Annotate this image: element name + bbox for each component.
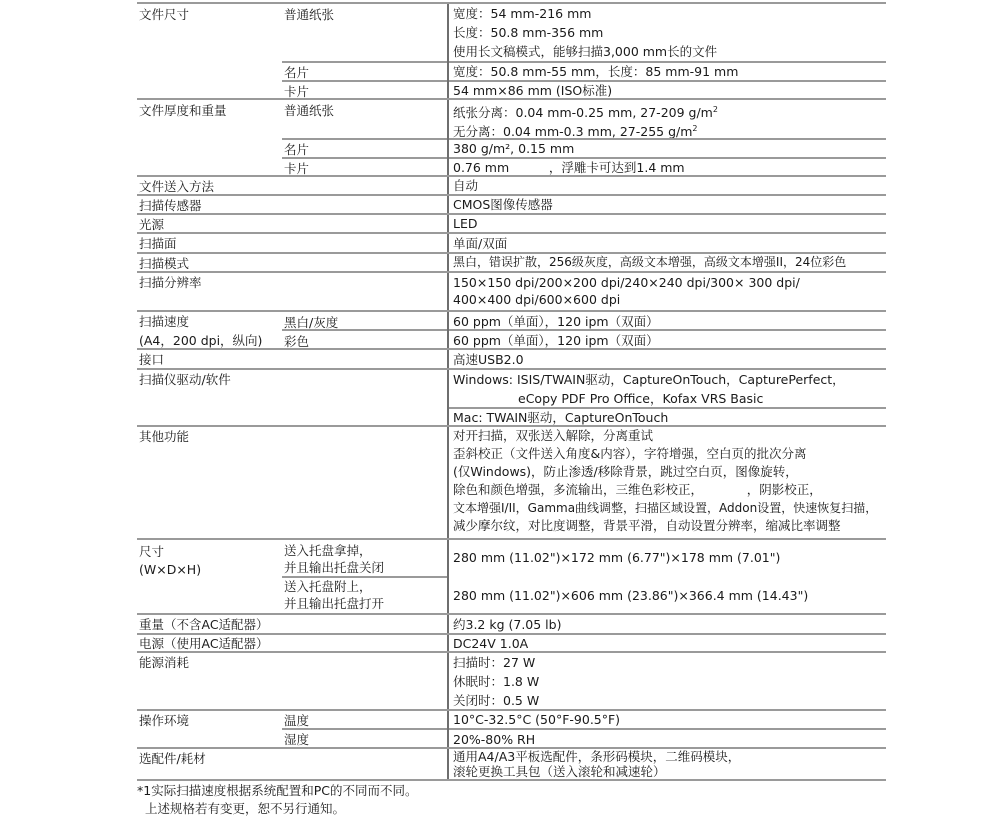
spec-row-document-size: 文件尺寸 宽度：54 mm-216 mm 长度：50.8 mm-356 mm 使…: [137, 2, 886, 98]
row-label: 文件尺寸: [139, 5, 279, 24]
spec-row-power-consumption: 能源消耗 扫描时：27 W 休眠时：1.8 W 关闭时：0.5 W: [137, 651, 886, 709]
value-line: 文本增强I/II，Gamma曲线调整，扫描区域设置，Addon设置，快速恢复扫描…: [453, 499, 886, 517]
spec-row-feeding-method: 文件送入方法 自动: [137, 175, 886, 194]
spec-row-power-supply: 电源（使用AC适配器） DC24V 1.0A: [137, 633, 886, 651]
sub-label: 送入托盘附上，: [284, 578, 372, 595]
value-cell: 纸张分离：0.04 mm-0.25 mm, 27-209 g/m2 无分离：0.…: [447, 100, 886, 175]
value-line: 280 mm (11.02")×606 mm (23.86")×366.4 mm…: [453, 586, 886, 605]
spec-row-weight: 重量（不含AC适配器） 约3.2 kg (7.05 lb): [137, 613, 886, 633]
row-label: 文件厚度和重量: [139, 101, 279, 120]
value-cell: 280 mm (11.02")×172 mm (6.77")×178 mm (7…: [447, 540, 886, 613]
sub-label: 名片: [284, 63, 309, 82]
spec-table: 文件尺寸 宽度：54 mm-216 mm 长度：50.8 mm-356 mm 使…: [137, 2, 886, 781]
value-cell: DC24V 1.0A: [447, 635, 886, 651]
row-label-note: (W×D×H): [139, 560, 279, 579]
spec-row-scan-mode: 扫描模式 黑白，错误扩散，256级灰度，高级文本增强，高级文本增强II，24位彩…: [137, 252, 886, 271]
value-line: 黑白，错误扩散，256级灰度，高级文本增强，高级文本增强II，24位彩色: [453, 253, 886, 272]
value-line: 滚轮更换工具包（送入滚轮和减速轮）: [453, 764, 886, 780]
value-line: Windows: ISIS/TWAIN驱动，CaptureOnTouch，Cap…: [453, 370, 886, 389]
spec-row-operating-environment: 操作环境 温度 湿度 10°C-32.5°C (50°F-90.5°F) 20%…: [137, 709, 886, 747]
value-cell: 10°C-32.5°C (50°F-90.5°F) 20%-80% RH: [447, 711, 886, 747]
spec-row-driver-software: 扫描仪驱动/软件 Windows: ISIS/TWAIN驱动，CaptureOn…: [137, 368, 886, 425]
row-label: 扫描仪驱动/软件: [139, 370, 279, 389]
spec-row-options-consumables: 选配件/耗材 通用A4/A3平板选配件，条形码模块，二维码模块， 滚轮更换工具包…: [137, 747, 886, 781]
value-line: 宽度：54 mm-216 mm: [453, 4, 886, 23]
value-cell: LED: [447, 215, 886, 232]
value-line: 长度：50.8 mm-356 mm: [453, 23, 886, 42]
spec-row-other-features: 其他功能 对开扫描，双张送入解除，分离重试 歪斜校正（文件送入角度&内容），字符…: [137, 425, 886, 538]
value-line: 400×400 dpi/600×600 dpi: [453, 291, 886, 308]
spec-row-resolution: 扫描分辨率 150×150 dpi/200×200 dpi/240×240 dp…: [137, 271, 886, 310]
spec-row-scan-side: 扫描面 单面/双面: [137, 232, 886, 252]
value-line: 280 mm (11.02")×172 mm (6.77")×178 mm (7…: [453, 548, 886, 567]
value-cell: CMOS图像传感器: [447, 196, 886, 213]
value-cell: 高速USB2.0: [447, 350, 886, 368]
spec-row-dimensions: 尺寸 (W×D×H) 送入托盘拿掉，并且输出托盘关闭 送入托盘附上，并且输出托盘…: [137, 538, 886, 613]
row-label: 扫描分辨率: [139, 273, 279, 292]
value-line: 380 g/m², 0.15 mm: [453, 139, 886, 158]
value-line: 减少摩尔纹，对比度调整，背景平滑，自动设置分辨率，缩减比率调整: [453, 517, 886, 535]
value-line: 约3.2 kg (7.05 lb): [453, 615, 886, 634]
value-line: 除色和颜色增强，多流输出，三维色彩校正， ，阴影校正，: [453, 481, 886, 499]
row-label: 接口: [139, 350, 279, 369]
value-line: 自动: [453, 176, 886, 195]
row-label: 选配件/耗材: [139, 749, 279, 768]
row-label: 尺寸: [139, 542, 279, 561]
value-line: 宽度：50.8 mm-55 mm，长度：85 mm-91 mm: [453, 62, 886, 81]
sub-label: 并且输出托盘打开: [284, 595, 384, 612]
sub-label: 普通纸张: [284, 101, 334, 120]
sub-label: 并且输出托盘关闭: [284, 559, 384, 576]
value-line: 歪斜校正（文件送入角度&内容），字符增强，空白页的批次分离: [453, 445, 886, 463]
row-label: 操作环境: [139, 711, 279, 730]
value-cell: 单面/双面: [447, 234, 886, 252]
value-line: 10°C-32.5°C (50°F-90.5°F): [453, 710, 886, 729]
spec-row-thickness-weight: 文件厚度和重量 纸张分离：0.04 mm-0.25 mm, 27-209 g/m…: [137, 98, 886, 175]
value-cell: 60 ppm（单面），120 ipm（双面） 60 ppm（单面），120 ip…: [447, 312, 886, 348]
value-line: (仅Windows)，防止渗透/移除背景，跳过空白页，图像旋转，: [453, 463, 886, 481]
footnote-disclaimer: 上述规格若有变更，恕不另行通知。: [137, 800, 345, 818]
sub-label: 名片: [284, 140, 309, 159]
sub-label: 温度: [284, 711, 309, 730]
value-line: 高速USB2.0: [453, 350, 886, 369]
value-line: 150×150 dpi/200×200 dpi/240×240 dpi/300×…: [453, 274, 886, 291]
value-cell: 黑白，错误扩散，256级灰度，高级文本增强，高级文本增强II，24位彩色: [447, 254, 886, 271]
value-cell: 对开扫描，双张送入解除，分离重试 歪斜校正（文件送入角度&内容），字符增强，空白…: [447, 427, 886, 538]
row-label: 其他功能: [139, 427, 279, 446]
value-line: CMOS图像传感器: [453, 195, 886, 214]
spec-row-light-source: 光源 LED: [137, 213, 886, 232]
value-line: 休眠时：1.8 W: [453, 672, 886, 691]
value-line: LED: [453, 214, 886, 233]
row-label: 扫描面: [139, 234, 279, 253]
sub-label: 黑白/灰度: [284, 313, 338, 332]
spec-row-scan-speed: 扫描速度 (A4，200 dpi，纵向) 黑白/灰度 彩色 60 ppm（单面）…: [137, 310, 886, 348]
spec-row-interface: 接口 高速USB2.0: [137, 348, 886, 368]
value-line: 关闭时：0.5 W: [453, 691, 886, 710]
value-line: 单面/双面: [453, 234, 886, 253]
value-cell: 自动: [447, 177, 886, 194]
value-cell: 150×150 dpi/200×200 dpi/240×240 dpi/300×…: [447, 273, 886, 310]
value-line: 使用长文稿模式，能够扫描3,000 mm长的文件: [453, 42, 886, 61]
value-line: 对开扫描，双张送入解除，分离重试: [453, 427, 886, 445]
value-line: eCopy PDF Pro Office，Kofax VRS Basic: [518, 389, 886, 408]
sub-label: 普通纸张: [284, 5, 334, 24]
value-cell: 扫描时：27 W 休眠时：1.8 W 关闭时：0.5 W: [447, 653, 886, 709]
spec-row-scan-sensor: 扫描传感器 CMOS图像传感器: [137, 194, 886, 213]
footnote-speed: *1实际扫描速度根据系统配置和PC的不同而不同。: [137, 782, 417, 800]
value-cell: 通用A4/A3平板选配件，条形码模块，二维码模块， 滚轮更换工具包（送入滚轮和减…: [447, 749, 886, 779]
value-cell: 宽度：54 mm-216 mm 长度：50.8 mm-356 mm 使用长文稿模…: [447, 4, 886, 98]
row-label: 能源消耗: [139, 653, 279, 672]
value-cell: Windows: ISIS/TWAIN驱动，CaptureOnTouch，Cap…: [447, 370, 886, 425]
value-cell: 约3.2 kg (7.05 lb): [447, 615, 886, 633]
row-label: 重量（不含AC适配器）: [139, 615, 439, 634]
value-line: 扫描时：27 W: [453, 653, 886, 672]
row-label: 扫描速度: [139, 312, 279, 331]
sub-label: 送入托盘拿掉，: [284, 542, 372, 559]
value-line: 通用A4/A3平板选配件，条形码模块，二维码模块，: [453, 749, 886, 765]
